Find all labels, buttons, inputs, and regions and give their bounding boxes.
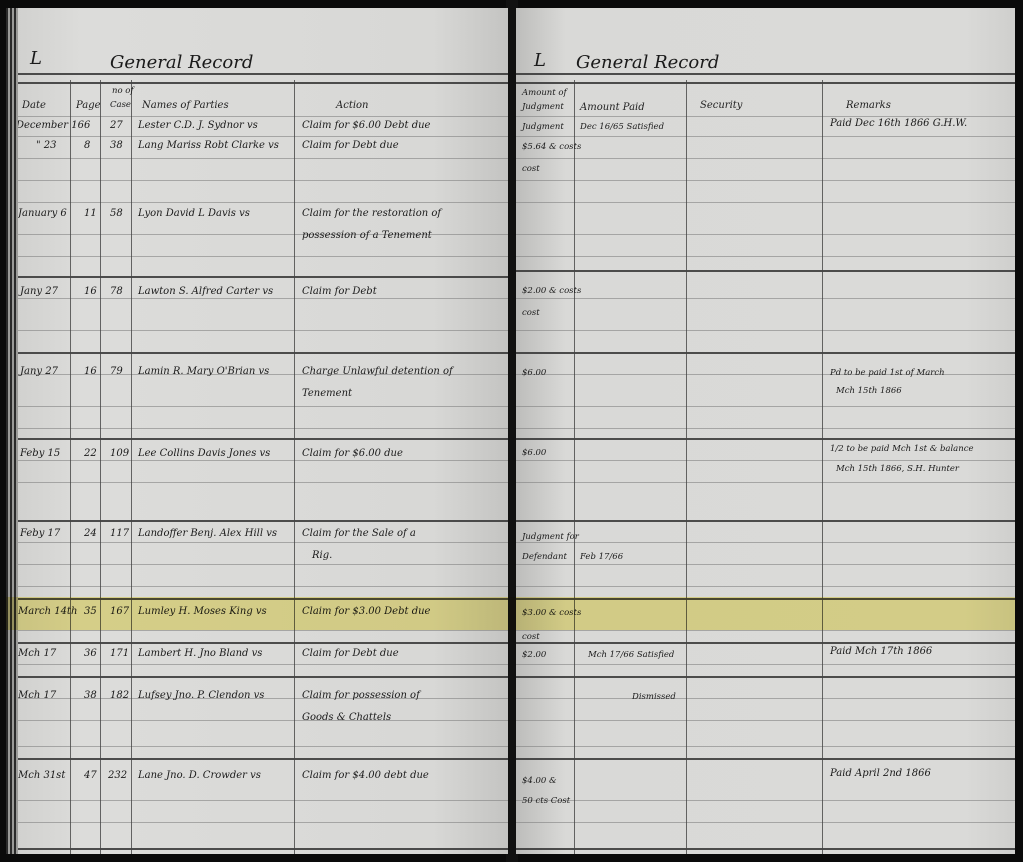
row-case: 38 <box>110 140 123 151</box>
left-ledger-page: L General Record Date Page no of Case Na… <box>6 8 508 854</box>
row-case: 171 <box>110 648 129 659</box>
amount-judgment: $2.00 <box>522 650 546 660</box>
book-binding-edge <box>6 8 18 854</box>
page-letter: L <box>30 48 42 69</box>
header-case-bottom: Case <box>110 100 131 110</box>
header-amount-judgment-bottom: Judgment <box>522 102 564 112</box>
remarks: Pd to be paid 1st of March <box>830 368 945 378</box>
header-page: Page <box>76 100 101 111</box>
row-parties: Lufsey Jno. P. Clendon vs <box>138 690 264 701</box>
page-title: General Record <box>110 52 253 73</box>
row-action-cont: possession of a Tenement <box>302 230 432 241</box>
row-parties: Lang Mariss Robt Clarke vs <box>138 140 279 151</box>
row-case: 78 <box>110 286 123 297</box>
right-ledger-page: L General Record Amount of Judgment Amou… <box>516 8 1015 854</box>
row-case: 232 <box>108 770 127 781</box>
row-case: 79 <box>110 366 123 377</box>
row-action: Claim for Debt due <box>302 648 399 659</box>
row-parties: Lane Jno. D. Crowder vs <box>138 770 261 781</box>
remarks: Paid April 2nd 1866 <box>830 768 931 779</box>
row-action-cont: Rig. <box>312 550 332 561</box>
amount-judgment-cost: 50 cts Cost <box>522 796 570 806</box>
row-page: 8 <box>84 140 90 151</box>
row-action: Claim for Debt <box>302 286 377 297</box>
row-page: 16 <box>84 286 97 297</box>
row-action: Claim for the restoration of <box>302 208 441 219</box>
row-page: 38 <box>84 690 97 701</box>
row-action: Claim for possession of <box>302 690 420 701</box>
header-action: Action <box>336 100 369 111</box>
row-page: 22 <box>84 448 97 459</box>
amount-judgment: Judgment for <box>522 532 579 542</box>
row-page: 36 <box>84 648 97 659</box>
row-action: Charge Unlawful detention of <box>302 366 453 377</box>
row-date: Mch 31st <box>18 770 65 781</box>
amount-judgment: $4.00 & <box>522 776 557 786</box>
amount-paid: Feb 17/66 <box>580 552 623 562</box>
row-parties: Lee Collins Davis Jones vs <box>138 448 270 459</box>
row-case: 58 <box>110 208 123 219</box>
row-case: 109 <box>110 448 129 459</box>
row-case: 182 <box>110 690 129 701</box>
row-parties: Lyon David L Davis vs <box>138 208 250 219</box>
amount-judgment: $2.00 & costs <box>522 286 581 296</box>
remarks: 1/2 to be paid Mch 1st & balance <box>830 444 974 454</box>
amount-paid: Dec 16/65 Satisfied <box>580 122 664 132</box>
amount-judgment-cont: $5.64 & costs <box>522 142 581 152</box>
row-date: Jany 27 <box>20 286 58 297</box>
row-action: Claim for $6.00 due <box>302 448 403 459</box>
row-action: Claim for $4.00 debt due <box>302 770 429 781</box>
row-page: 6 <box>84 120 90 131</box>
header-amount-paid: Amount Paid <box>580 102 645 113</box>
amount-paid: Mch 17/66 Satisfied <box>588 650 674 660</box>
amount-paid: Dismissed <box>632 692 676 702</box>
header-date: Date <box>22 100 46 111</box>
row-parties: Landoffer Benj. Alex Hill vs <box>138 528 277 539</box>
row-parties: Lawton S. Alfred Carter vs <box>138 286 273 297</box>
row-parties: Lester C.D. J. Sydnor vs <box>138 120 258 131</box>
row-page: 11 <box>84 208 97 219</box>
amount-judgment-cost: cost <box>522 164 540 174</box>
remarks: Paid Mch 17th 1866 <box>830 646 932 657</box>
amount-judgment-cost: cost <box>522 632 540 642</box>
row-page: 47 <box>84 770 97 781</box>
row-date: January 6 <box>18 208 67 219</box>
row-page: 24 <box>84 528 97 539</box>
page-title: General Record <box>576 52 719 73</box>
row-action: Claim for Debt due <box>302 140 399 151</box>
header-security: Security <box>700 100 742 111</box>
row-parties: Lambert H. Jno Bland vs <box>138 648 262 659</box>
remarks-cont: Mch 15th 1866 <box>836 386 902 396</box>
row-page: 16 <box>84 366 97 377</box>
header-parties: Names of Parties <box>142 100 229 111</box>
row-action: Claim for the Sale of a <box>302 528 416 539</box>
row-action: Claim for $6.00 Debt due <box>302 120 430 131</box>
row-date: Feby 17 <box>20 528 60 539</box>
row-date: Jany 27 <box>20 366 58 377</box>
row-action-cont: Goods & Chattels <box>302 712 391 723</box>
row-action-cont: Tenement <box>302 388 352 399</box>
header-amount-judgment-top: Amount of <box>522 88 567 98</box>
remarks: Paid Dec 16th 1866 G.H.W. <box>830 118 967 129</box>
highlighted-row-band <box>6 597 1015 630</box>
row-case: 27 <box>110 120 123 131</box>
amount-judgment-cost: cost <box>522 308 540 318</box>
amount-judgment-cont: Defendant <box>522 552 567 562</box>
remarks-cont: Mch 15th 1866, S.H. Hunter <box>836 464 959 474</box>
row-parties: Lamin R. Mary O'Brian vs <box>138 366 269 377</box>
row-date: Mch 17 <box>18 648 56 659</box>
amount-judgment: $6.00 <box>522 368 546 378</box>
row-date: Feby 15 <box>20 448 60 459</box>
row-date: Mch 17 <box>18 690 56 701</box>
amount-judgment: Judgment <box>522 122 564 132</box>
header-case-top: no of <box>112 86 134 96</box>
amount-judgment: $6.00 <box>522 448 546 458</box>
page-letter: L <box>534 50 546 71</box>
header-remarks: Remarks <box>846 100 891 111</box>
row-date: December 16 <box>16 120 84 131</box>
row-case: 117 <box>110 528 129 539</box>
row-date: " 23 <box>36 140 57 151</box>
